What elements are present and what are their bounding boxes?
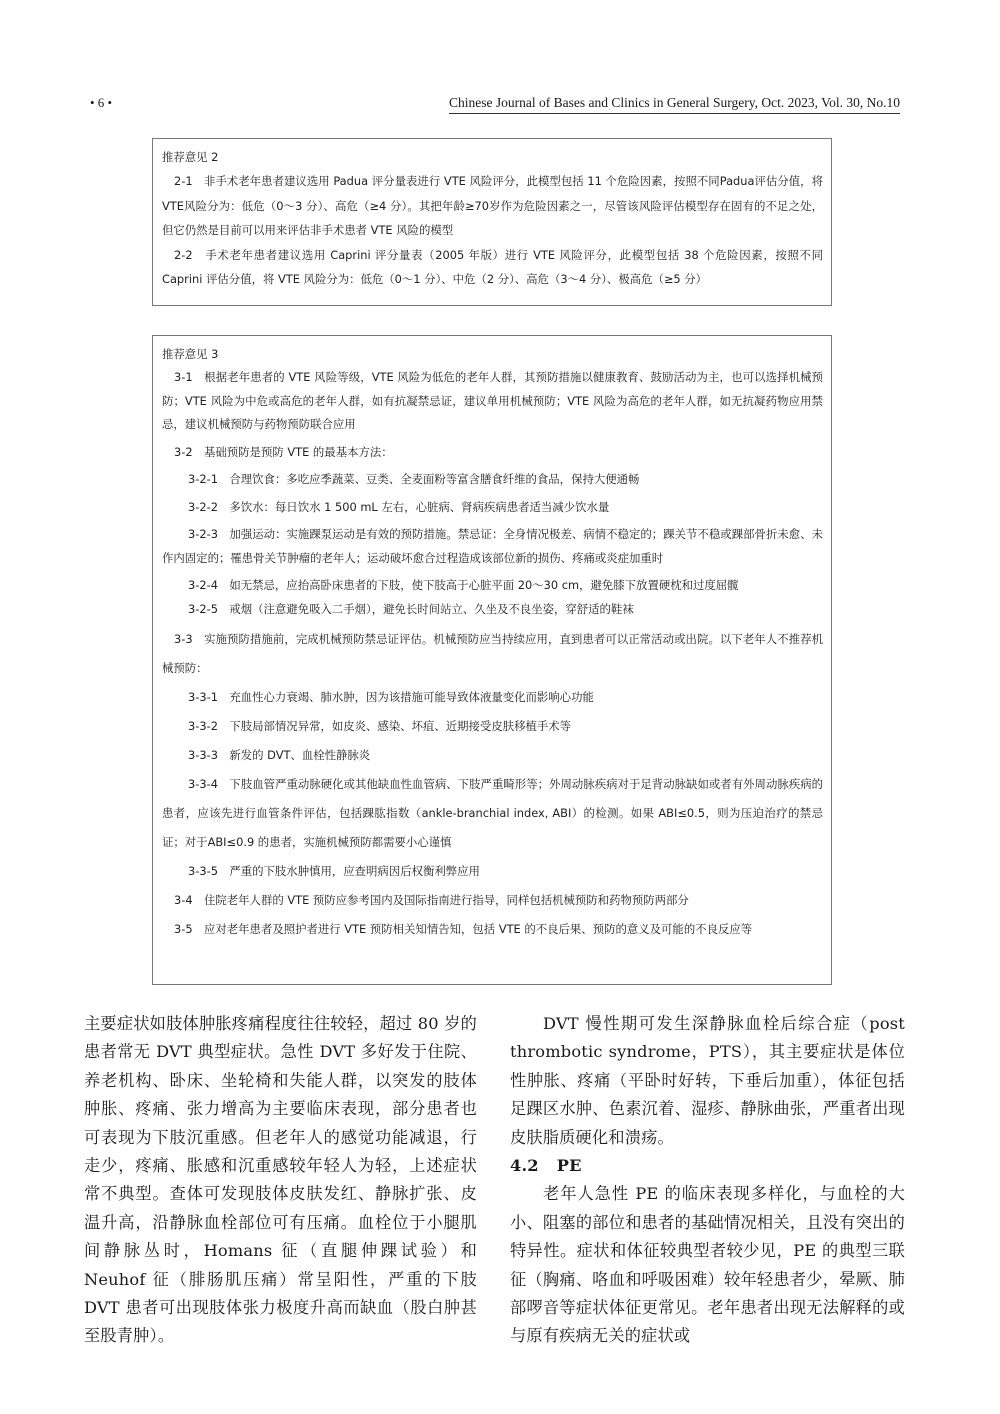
body-paragraph: 老年人急性 PE 的临床表现多样化，与血栓的大小、阻塞的部位和患者的基础情况相关… bbox=[510, 1180, 905, 1350]
recommendation-subitem: 3-3-1 充血性心力衰竭、肺水肿，因为该措施可能导致体液量变化而影响心功能 bbox=[162, 683, 823, 712]
recommendation-item: 2-2 手术老年患者建议选用 Caprini 评分量表（2005 年版）进行 V… bbox=[162, 243, 823, 292]
section-heading: 4.2PE bbox=[510, 1152, 905, 1180]
recommendation-item: 2-1 非手术老年患者建议选用 Padua 评分量表进行 VTE 风险评分，此模… bbox=[162, 169, 823, 243]
section-number: 4.2 bbox=[510, 1156, 539, 1175]
recommendation-box-3: 推荐意见 3 3-1 根据老年患者的 VTE 风险等级，VTE 风险为低危的老年… bbox=[152, 335, 832, 985]
recommendation-box-2: 推荐意见 2 2-1 非手术老年患者建议选用 Padua 评分量表进行 VTE … bbox=[152, 138, 832, 306]
recommendation-item: 3-1 根据老年患者的 VTE 风险等级，VTE 风险为低危的老年人群，其预防措… bbox=[162, 366, 823, 437]
recommendation-title: 推荐意见 3 bbox=[162, 342, 823, 366]
recommendation-subitem: 3-2-3 加强运动：实施踝泵运动是有效的预防措施。禁忌证：全身情况极差、病情不… bbox=[162, 523, 823, 570]
body-paragraph: DVT 慢性期可发生深静脉血栓后综合症（post thrombotic synd… bbox=[510, 1010, 905, 1152]
page-number: • 6 • bbox=[90, 95, 112, 111]
recommendation-subitem: 3-3-2 下肢局部情况异常，如皮炎、感染、坏疽、近期接受皮肤移植手术等 bbox=[162, 712, 823, 741]
recommendation-subitem: 3-2-2 多饮水：每日饮水 1 500 mL 左右，心脏病、肾病疾病患者适当减… bbox=[162, 496, 823, 520]
recommendation-subitem: 3-2-5 戒烟（注意避免吸入二手烟），避免长时间站立、久坐及不良坐姿，穿舒适的… bbox=[162, 598, 823, 622]
recommendation-subitem: 3-3-5 严重的下肢水肿慎用，应查明病因后权衡利弊应用 bbox=[162, 857, 823, 886]
recommendation-item: 3-4 住院老年人群的 VTE 预防应参考国内及国际指南进行指导，同样包括机械预… bbox=[162, 886, 823, 915]
recommendation-item: 3-5 应对老年患者及照护者进行 VTE 预防相关知情告知，包括 VTE 的不良… bbox=[162, 915, 823, 944]
recommendation-title: 推荐意见 2 bbox=[162, 145, 823, 169]
running-header: • 6 • Chinese Journal of Bases and Clini… bbox=[90, 95, 900, 117]
recommendation-subitem: 3-3-3 新发的 DVT、血栓性静脉炎 bbox=[162, 741, 823, 770]
journal-citation: Chinese Journal of Bases and Clinics in … bbox=[449, 95, 900, 114]
recommendation-item: 3-2 基础预防是预防 VTE 的最基本方法： bbox=[162, 441, 823, 465]
left-column: 主要症状如肢体肿胀疼痛程度往往较轻，超过 80 岁的患者常无 DVT 典型症状。… bbox=[84, 1010, 477, 1351]
section-title: PE bbox=[557, 1156, 582, 1175]
recommendation-subitem: 3-2-4 如无禁忌，应抬高卧床患者的下肢，使下肢高于心脏平面 20～30 cm… bbox=[162, 574, 823, 598]
right-column: DVT 慢性期可发生深静脉血栓后综合症（post thrombotic synd… bbox=[510, 1010, 905, 1351]
recommendation-item: 3-3 实施预防措施前，完成机械预防禁忌证评估。机械预防应当持续应用，直到患者可… bbox=[162, 625, 823, 683]
recommendation-subitem: 3-3-4 下肢血管严重动脉硬化或其他缺血性血管病、下肢严重畸形等；外周动脉疾病… bbox=[162, 770, 823, 857]
body-paragraph: 主要症状如肢体肿胀疼痛程度往往较轻，超过 80 岁的患者常无 DVT 典型症状。… bbox=[84, 1010, 477, 1351]
recommendation-subitem: 3-2-1 合理饮食：多吃应季蔬菜、豆类、全麦面粉等富含膳食纤维的食品，保持大便… bbox=[162, 468, 823, 492]
